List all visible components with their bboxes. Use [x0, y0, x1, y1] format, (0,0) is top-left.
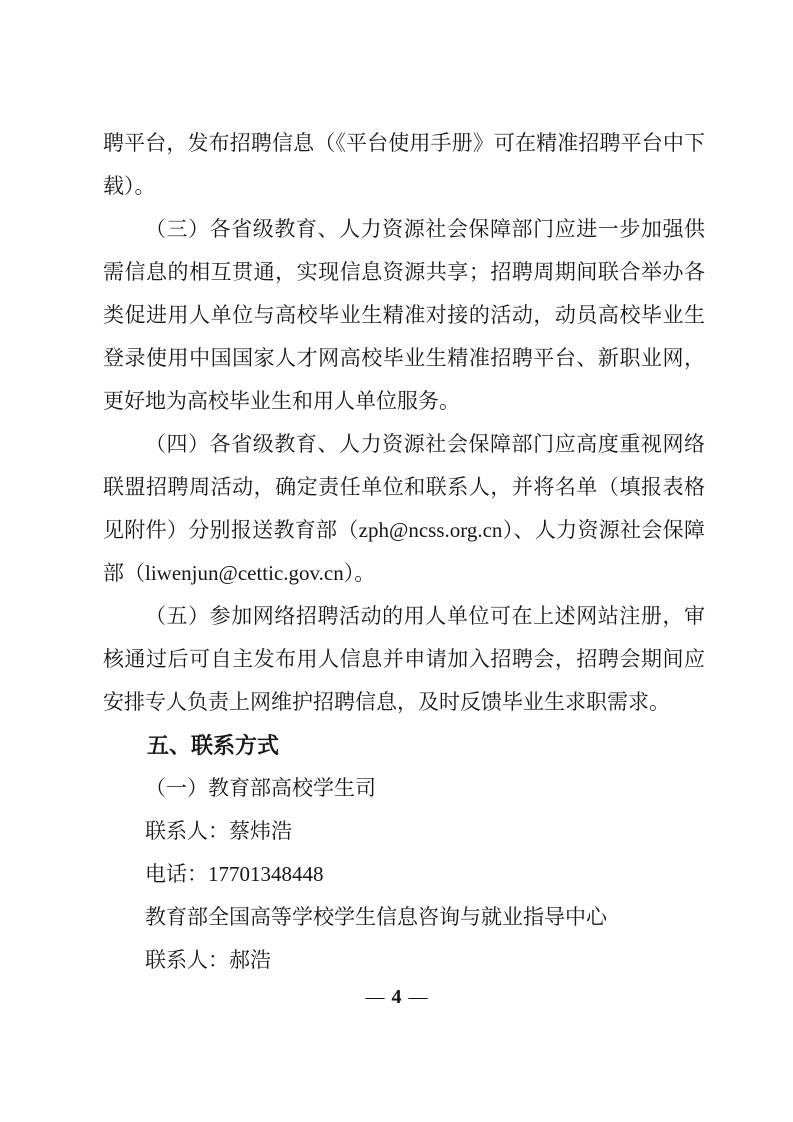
footer-right-dash: — [409, 987, 428, 1008]
body-paragraph-item-4: （四）各省级教育、人力资源社会保障部门应高度重视网络联盟招聘周活动，确定责任单位… [103, 423, 705, 595]
contact-phone-line: 电话：17701348448 [103, 853, 705, 896]
footer-left-dash: — [366, 987, 385, 1008]
document-body: 聘平台，发布招聘信息（《平台使用手册》可在精准招聘平台中下载）。 （三）各省级教… [103, 122, 705, 982]
contact-org-line-2: 教育部全国高等学校学生信息咨询与就业指导中心 [103, 896, 705, 939]
document-page: 聘平台，发布招聘信息（《平台使用手册》可在精准招聘平台中下载）。 （三）各省级教… [0, 0, 793, 1122]
contact-person-line-2: 联系人：郝浩 [103, 939, 705, 982]
section-heading-contact-info: 五、联系方式 [103, 724, 705, 767]
page-footer: —4— [0, 984, 793, 1011]
contact-person-line: 联系人：蔡炜浩 [103, 810, 705, 853]
body-paragraph-item-5: （五）参加网络招聘活动的用人单位可在上述网站注册，审核通过后可自主发布用人信息并… [103, 595, 705, 724]
body-paragraph-item-3: （三）各省级教育、人力资源社会保障部门应进一步加强供需信息的相互贯通，实现信息资… [103, 208, 705, 423]
contact-org-line: （一）教育部高校学生司 [103, 767, 705, 810]
body-paragraph-continued: 聘平台，发布招聘信息（《平台使用手册》可在精准招聘平台中下载）。 [103, 122, 705, 208]
page-number: 4 [385, 986, 409, 1008]
